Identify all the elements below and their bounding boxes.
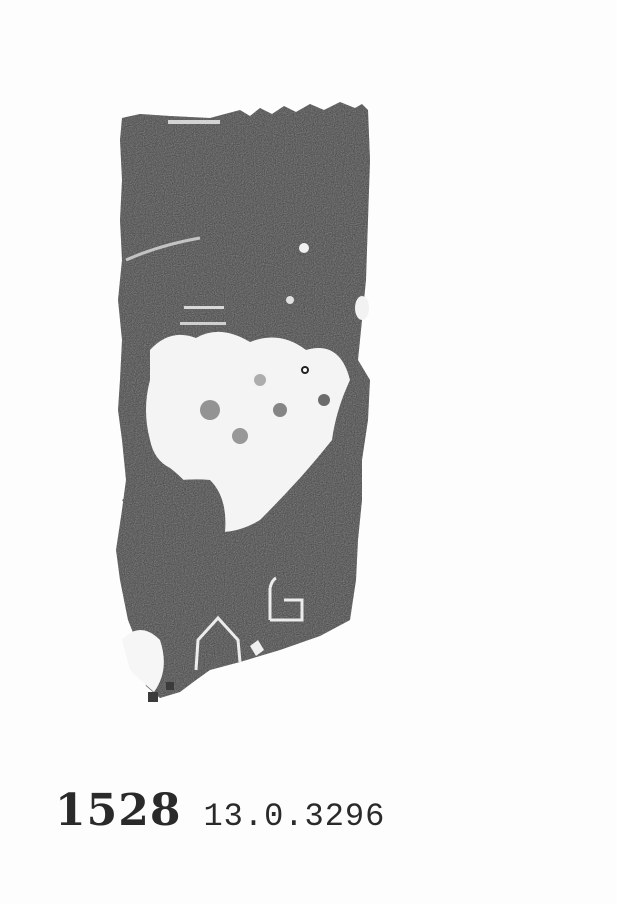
fragment-photo — [100, 80, 400, 720]
catalogue-number: 1528 — [55, 785, 181, 836]
caption: 1528 13.0.3296 — [55, 785, 385, 836]
catalogue-plate: 1528 13.0.3296 — [0, 0, 617, 904]
inventory-number: 13.0.3296 — [203, 798, 385, 835]
